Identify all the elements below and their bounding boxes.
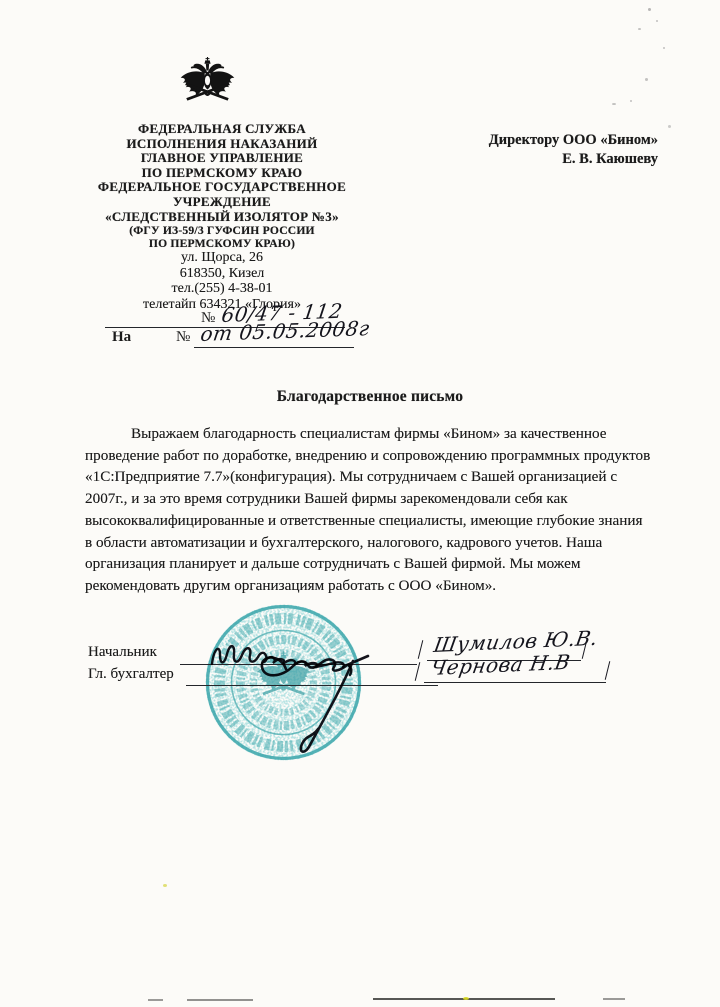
scan-speck <box>656 20 658 22</box>
signer-role-label: Гл. бухгалтер <box>88 666 174 683</box>
org-abbrev-line: (ФГУ ИЗ-59/3 ГУФСИН РОССИИ <box>60 224 384 237</box>
scan-speck <box>163 884 167 887</box>
address-line: ул. Щорса, 26 <box>60 250 384 266</box>
fsin-double-headed-eagle-icon <box>174 56 241 124</box>
signer-name-handwriting: Чернова Н.В <box>429 650 572 680</box>
address-line: тел.(255) 4-38-01 <box>60 281 384 297</box>
org-name-line: УЧРЕЖДЕНИЕ <box>60 195 384 210</box>
signer-role-label: Начальник <box>88 644 157 661</box>
scan-speck <box>463 997 469 1000</box>
org-abbrev-line: ПО ПЕРМСКОМУ КРАЮ) <box>60 237 384 250</box>
scan-speck <box>638 28 641 30</box>
addressee-block: Директору ООО «Бином» Е. В. Каюшеву <box>420 131 658 169</box>
ref-prefix-label: На <box>112 329 131 346</box>
scanned-letter-page: ФЕДЕРАЛЬНАЯ СЛУЖБА ИСПОЛНЕНИЯ НАКАЗАНИЙ … <box>0 0 720 1007</box>
letter-title: Благодарственное письмо <box>85 388 655 406</box>
ref-sign-label: № <box>176 329 190 346</box>
ref-date-handwriting: от 05.05.2008г <box>199 316 371 346</box>
slash-mark <box>418 640 424 659</box>
org-name-line: ГЛАВНОЕ УПРАВЛЕНИЕ <box>60 151 384 166</box>
accountant-ink-signature <box>250 645 390 765</box>
scan-speck <box>648 8 651 11</box>
org-name-line: ИСПОЛНЕНИЯ НАКАЗАНИЙ <box>60 137 384 152</box>
scan-speck <box>663 47 665 49</box>
scan-speck <box>645 78 648 81</box>
letter-body: Выражаем благодарность специалистам фирм… <box>85 423 652 597</box>
scan-speck <box>612 103 616 105</box>
org-name-line: ФЕДЕРАЛЬНАЯ СЛУЖБА <box>60 122 384 137</box>
scan-speck <box>668 125 671 128</box>
ref-underline <box>194 347 354 348</box>
slash-mark <box>605 661 611 680</box>
org-name-line: «СЛЕДСТВЕННЫЙ ИЗОЛЯТОР №3» <box>60 210 384 225</box>
scan-edge-artifact <box>187 999 253 1001</box>
scan-edge-artifact <box>148 999 163 1001</box>
org-name-line: ПО ПЕРМСКОМУ КРАЮ <box>60 166 384 181</box>
org-name-line: ФЕДЕРАЛЬНОЕ ГОСУДАРСТВЕННОЕ <box>60 180 384 195</box>
addressee-line: Е. В. Каюшеву <box>420 150 658 169</box>
name-underline <box>424 682 606 683</box>
address-line: 618350, Кизел <box>60 266 384 282</box>
scan-speck <box>630 100 632 102</box>
scan-edge-artifact <box>603 998 625 1000</box>
addressee-line: Директору ООО «Бином» <box>420 131 658 150</box>
letterhead: ФЕДЕРАЛЬНАЯ СЛУЖБА ИСПОЛНЕНИЯ НАКАЗАНИЙ … <box>60 122 384 313</box>
